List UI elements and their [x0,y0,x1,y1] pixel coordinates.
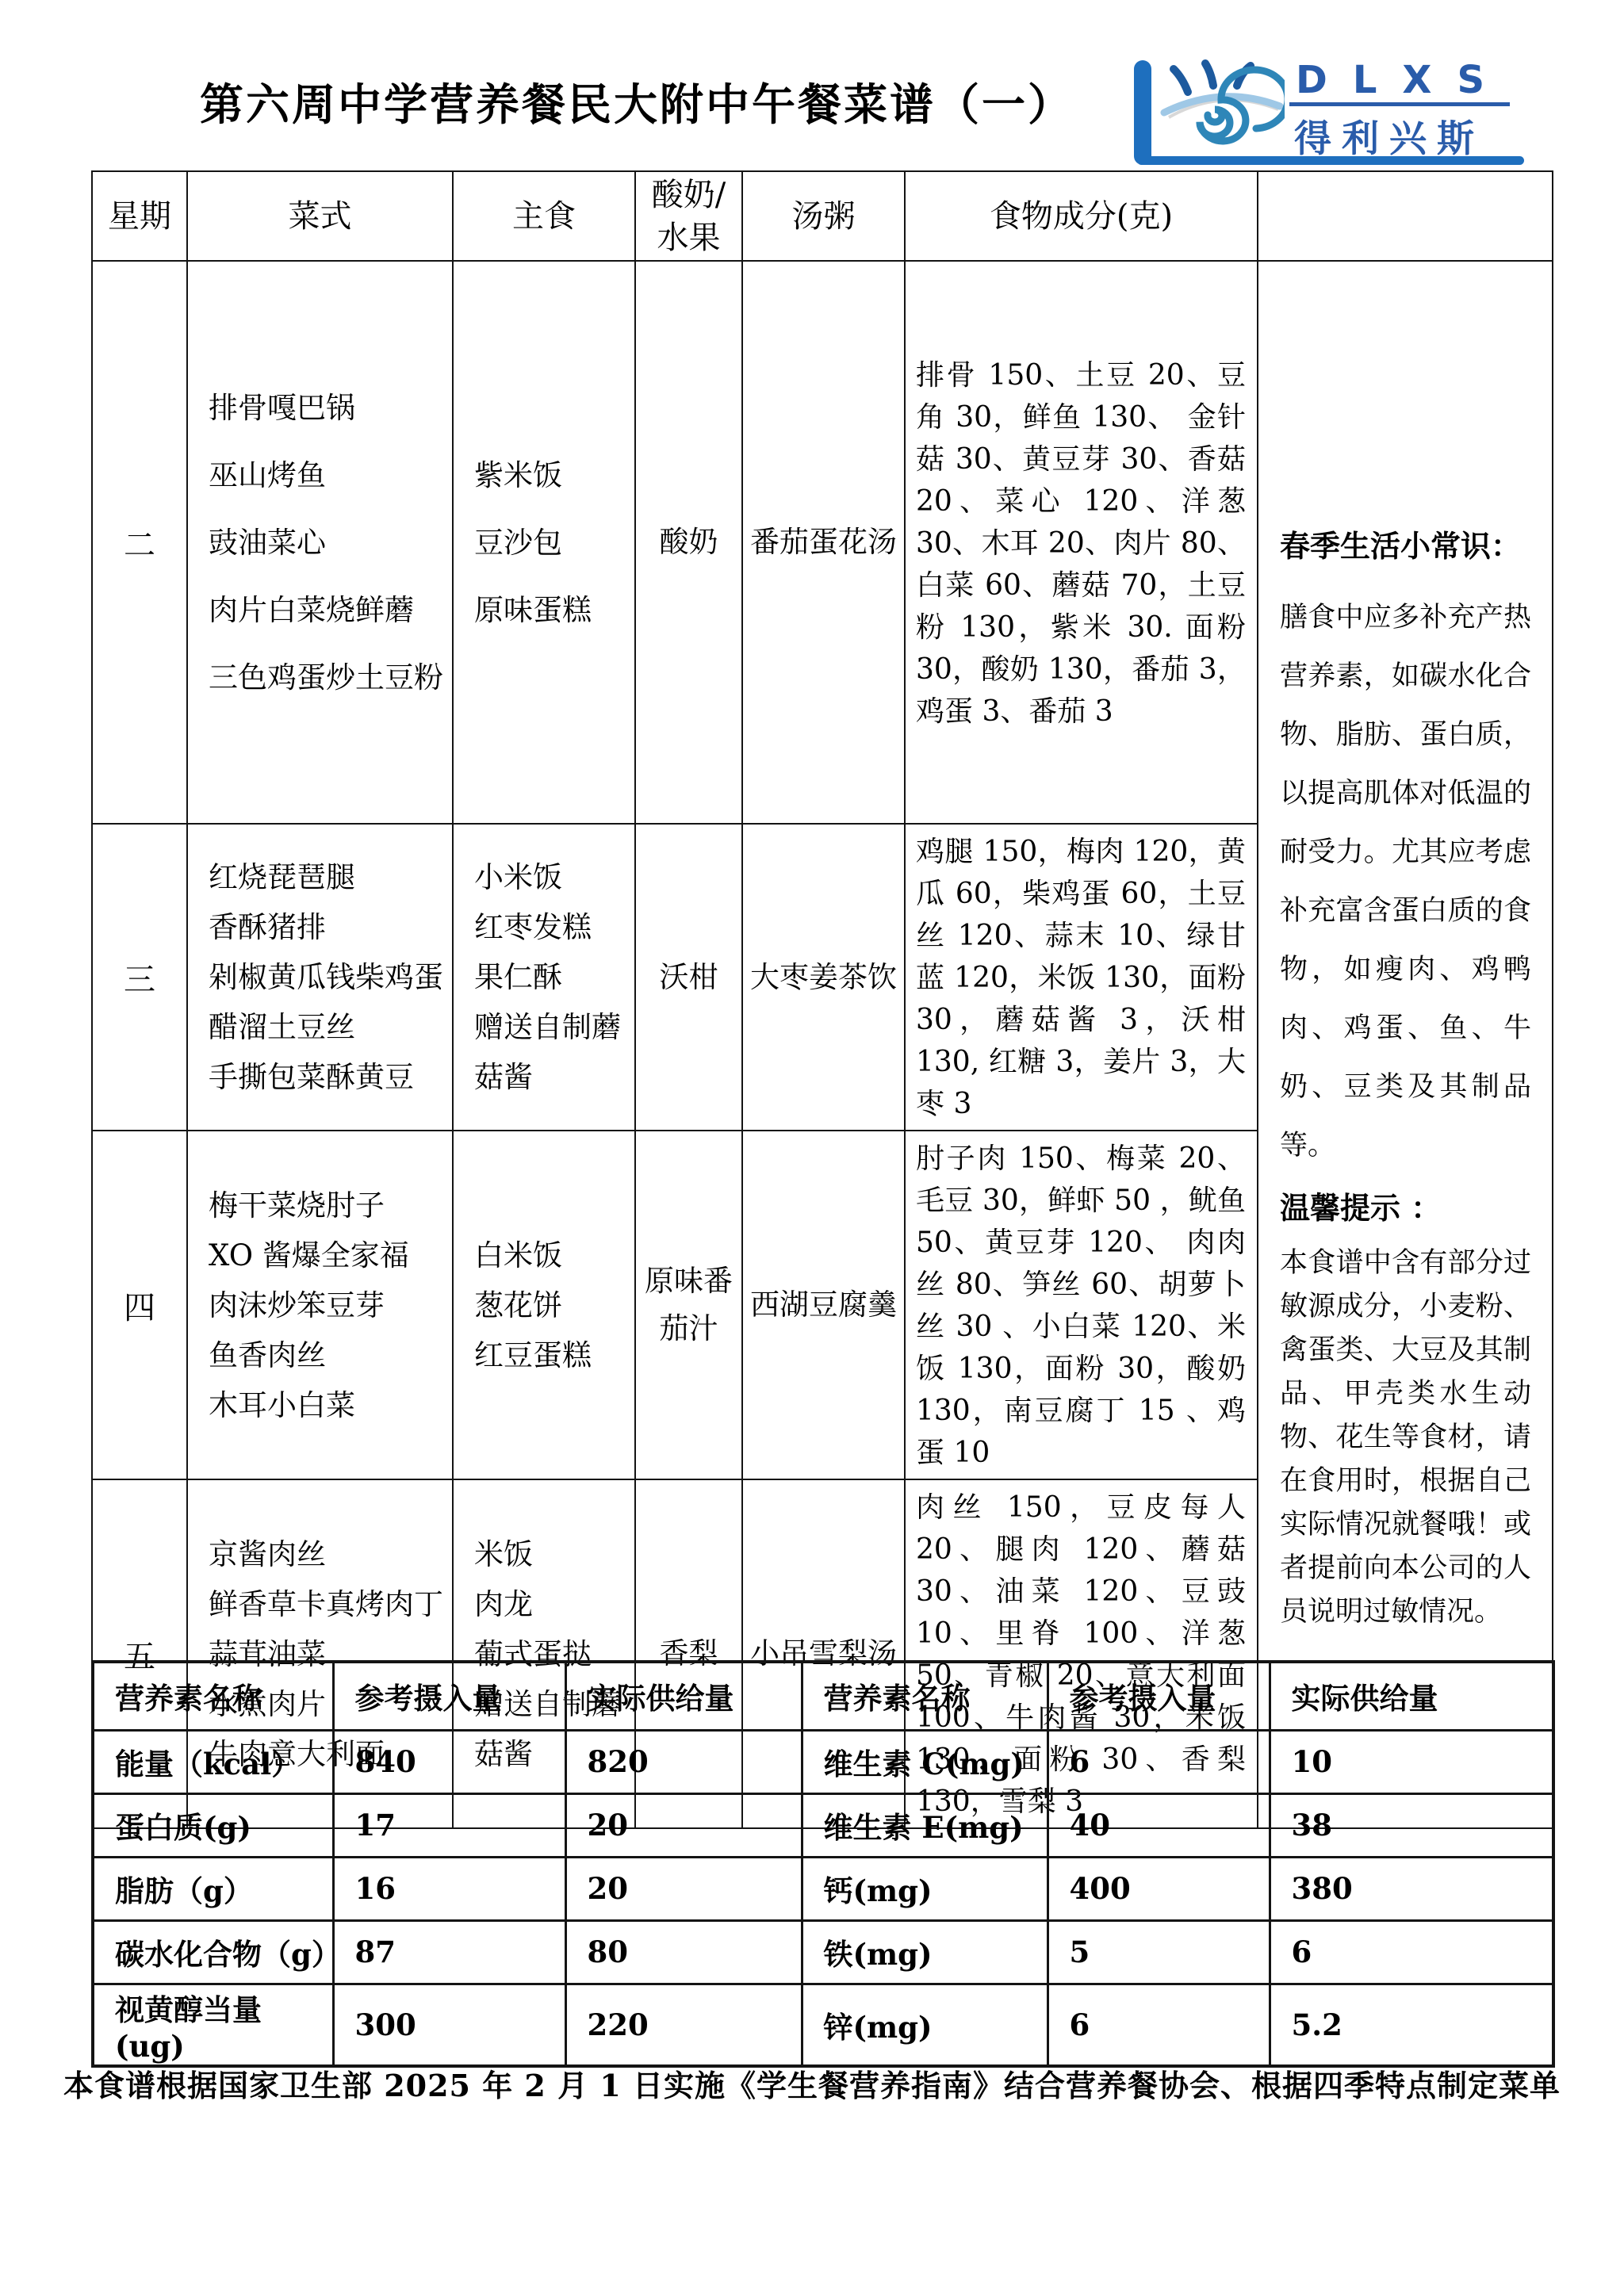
logo-bracket-bar [1134,60,1151,165]
reference-intake: 300 [333,1984,565,2066]
day-cell: 二 [92,261,187,824]
col-header-staple: 主食 [453,171,635,261]
actual-supply: 38 [1270,1793,1553,1857]
sidebar-notes-cell: 春季生活小常识： 膳食中应多补充产热营养素，如碳水化合物、脂肪、蛋白质，以提高肌… [1258,261,1553,1828]
menu-header-row: 星期 菜式 主食 酸奶/水果 汤粥 食物成分(克) [92,171,1553,261]
actual-supply: 20 [565,1857,802,1920]
ingredients-cell: 肘子肉 150、梅菜 20、毛豆 30，鲜虾 50 ，鱿鱼 50、黄豆芽 120… [905,1131,1258,1479]
actual-supply: 20 [565,1793,802,1857]
day-cell: 四 [92,1131,187,1479]
reference-intake: 6 [1048,1984,1270,2066]
reference-intake-header: 参考摄入量 [333,1662,565,1730]
soup-cell: 西湖豆腐羹 [742,1131,905,1479]
dlxs-eye-spiral-icon [1159,59,1285,160]
actual-supply-header: 实际供给量 [1270,1662,1553,1730]
weekly-menu-table: 星期 菜式 主食 酸奶/水果 汤粥 食物成分(克) 二 排骨嘎巴锅 巫山烤鱼 豉… [91,170,1553,1829]
staples-cell: 紫米饭 豆沙包 原味蛋糕 [453,261,635,824]
nutrient-name: 维生素 C(mg) [802,1730,1048,1793]
footer-note: 本食谱根据国家卫生部 2025 年 2 月 1 日实施《学生餐营养指南》结合营养… [0,2061,1624,2105]
nutrient-name: 碳水化合物（g） [93,1920,333,1984]
nutrition-row: 能量（kcal） 840 820 维生素 C(mg) 6 10 [93,1730,1553,1793]
logo-company-name: 得利兴斯 [1294,109,1527,163]
page-title: 第六周中学营养餐民大附中午餐菜谱（一） [200,70,1074,132]
soup-cell: 大枣姜茶饮 [742,824,905,1131]
fruit-cell: 原味番茄汁 [635,1131,742,1479]
col-header-yogurt-fruit: 酸奶/水果 [635,171,742,261]
nutrient-name: 铁(mg) [802,1920,1048,1984]
nutrition-header-row: 营养素名称 参考摄入量 实际供给量 营养素名称 参考摄入量 实际供给量 [93,1662,1553,1730]
menu-row-tuesday: 二 排骨嘎巴锅 巫山烤鱼 豉油菜心 肉片白菜烧鲜蘑 三色鸡蛋炒土豆粉 紫米饭 豆… [92,261,1553,824]
nutrition-row: 脂肪（g） 16 20 钙(mg) 400 380 [93,1857,1553,1920]
col-header-ingredients: 食物成分(克) [905,171,1258,261]
nutrient-name: 维生素 E(mg) [802,1793,1048,1857]
fruit-cell: 沃柑 [635,824,742,1131]
nutrient-name: 钙(mg) [802,1857,1048,1920]
col-header-blank [1258,171,1553,261]
allergy-notice-title: 温馨提示 ： [1280,1189,1531,1227]
reference-intake: 400 [1048,1857,1270,1920]
day-cell: 三 [92,824,187,1131]
nutrient-name: 蛋白质(g) [93,1793,333,1857]
nutrient-name-header: 营养素名称 [93,1662,333,1730]
logo-text-block: DLXS 得利兴斯 [1289,60,1527,163]
ingredients-cell: 排骨 150、土豆 20、豆角 30，鲜鱼 130、 金针菇 30、黄豆芽 30… [905,261,1258,824]
ingredients-cell: 鸡腿 150，梅肉 120，黄瓜 60，柴鸡蛋 60，土豆丝 120、蒜末 10… [905,824,1258,1131]
staples-cell: 小米饭 红枣发糕 果仁酥 赠送自制蘑菇酱 [453,824,635,1131]
nutrition-row: 蛋白质(g) 17 20 维生素 E(mg) 40 38 [93,1793,1553,1857]
dishes-cell: 排骨嘎巴锅 巫山烤鱼 豉油菜心 肉片白菜烧鲜蘑 三色鸡蛋炒土豆粉 [187,261,453,824]
nutrition-row: 视黄醇当量(ug) 300 220 锌(mg) 6 5.2 [93,1984,1553,2066]
reference-intake-header: 参考摄入量 [1048,1662,1270,1730]
staples-cell: 白米饭 葱花饼 红豆蛋糕 [453,1131,635,1479]
col-header-soup: 汤粥 [742,171,905,261]
reference-intake: 840 [333,1730,565,1793]
reference-intake: 5 [1048,1920,1270,1984]
actual-supply: 5.2 [1270,1984,1553,2066]
dishes-cell: 梅干菜烧肘子 XO 酱爆全家福 肉沫炒笨豆芽 鱼香肉丝 木耳小白菜 [187,1131,453,1479]
dishes-cell: 红烧琵琶腿 香酥猪排 剁椒黄瓜钱柴鸡蛋 醋溜土豆丝 手撕包菜酥黄豆 [187,824,453,1131]
nutrient-name-header: 营养素名称 [802,1662,1048,1730]
col-header-dishes: 菜式 [187,171,453,261]
fruit-cell: 酸奶 [635,261,742,824]
nutrient-name: 脂肪（g） [93,1857,333,1920]
menu-document-page: 第六周中学营养餐民大附中午餐菜谱（一） DLXS 得利兴斯 星期 菜式 [0,0,1624,2296]
actual-supply: 820 [565,1730,802,1793]
actual-supply: 6 [1270,1920,1553,1984]
nutrient-name: 锌(mg) [802,1984,1048,2066]
nutrition-row: 碳水化合物（g） 87 80 铁(mg) 5 6 [93,1920,1553,1984]
actual-supply-header: 实际供给量 [565,1662,802,1730]
reference-intake: 87 [333,1920,565,1984]
reference-intake: 17 [333,1793,565,1857]
nutrient-name: 能量（kcal） [93,1730,333,1793]
reference-intake: 6 [1048,1730,1270,1793]
reference-intake: 40 [1048,1793,1270,1857]
col-header-day: 星期 [92,171,187,261]
actual-supply: 380 [1270,1857,1553,1920]
company-logo: DLXS 得利兴斯 [1134,59,1527,165]
soup-cell: 番茄蛋花汤 [742,261,905,824]
spring-tips-title: 春季生活小常识： [1280,527,1531,565]
allergy-notice-body: 本食谱中含有部分过敏源成分，小麦粉、禽蛋类、大豆及其制品、甲壳类水生动物、花生等… [1280,1242,1531,1634]
nutrient-name: 视黄醇当量(ug) [93,1984,333,2066]
actual-supply: 10 [1270,1730,1553,1793]
nutrition-table: 营养素名称 参考摄入量 实际供给量 营养素名称 参考摄入量 实际供给量 能量（k… [91,1660,1555,2068]
spring-tips-body: 膳食中应多补充产热营养素，如碳水化合物、脂肪、蛋白质，以提高肌体对低温的耐受力。… [1280,588,1531,1175]
actual-supply: 220 [565,1984,802,2066]
actual-supply: 80 [565,1920,802,1984]
logo-letters: DLXS [1289,60,1510,106]
reference-intake: 16 [333,1857,565,1920]
